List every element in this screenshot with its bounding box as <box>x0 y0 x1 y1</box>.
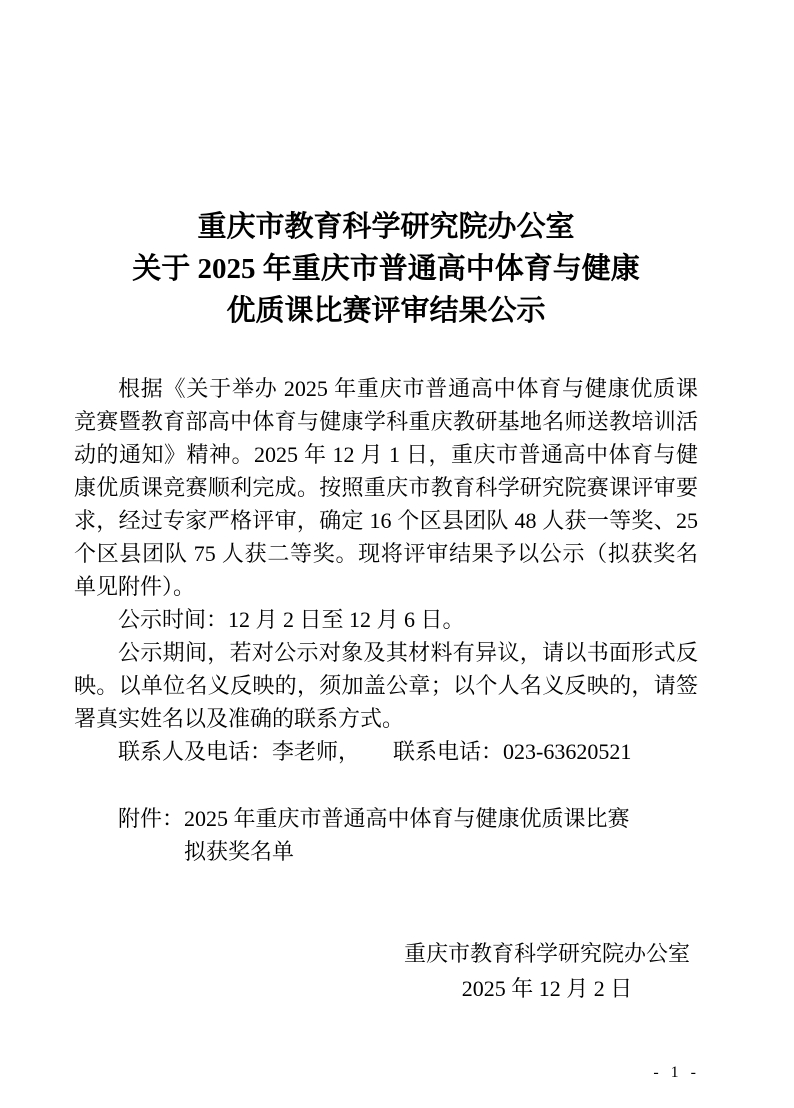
attachment-label: 附件： <box>118 806 184 831</box>
document-page: 重庆市教育科学研究院办公室 关于 2025 年重庆市普通高中体育与健康 优质课比… <box>0 0 794 1108</box>
signature-block: 重庆市教育科学研究院办公室 2025 年 12 月 2 日 <box>404 936 690 1006</box>
doc-title: 重庆市教育科学研究院办公室 关于 2025 年重庆市普通高中体育与健康 优质课比… <box>74 0 698 332</box>
attachment-note: 附件：2025 年重庆市普通高中体育与健康优质课比赛 拟获奖名单 <box>74 802 698 868</box>
signature-date: 2025 年 12 月 2 日 <box>404 971 690 1006</box>
attachment-title: 2025 年重庆市普通高中体育与健康优质课比赛 <box>184 806 630 831</box>
paragraph-publicity-period: 公示时间：12 月 2 日至 12 月 6 日。 <box>74 603 698 636</box>
page-number: - 1 - <box>653 1064 700 1082</box>
attachment-title-line: 附件：2025 年重庆市普通高中体育与健康优质课比赛 <box>74 802 698 835</box>
paragraph-opening: 根据《关于举办 2025 年重庆市普通高中体育与健康优质课竞赛暨教育部高中体育与… <box>74 372 698 603</box>
doc-title-line-2: 关于 2025 年重庆市普通高中体育与健康 <box>74 248 698 290</box>
paragraph-contact: 联系人及电话：李老师， 联系电话：023-63620521 <box>74 735 698 768</box>
doc-title-line-1: 重庆市教育科学研究院办公室 <box>74 206 698 248</box>
doc-title-line-3: 优质课比赛评审结果公示 <box>74 290 698 332</box>
attachment-subtitle-line: 拟获奖名单 <box>74 835 698 868</box>
document-content: 重庆市教育科学研究院办公室 关于 2025 年重庆市普通高中体育与健康 优质课比… <box>0 0 794 1006</box>
paragraph-objection: 公示期间，若对公示对象及其材料有异议，请以书面形式反映。以单位名义反映的，须加盖… <box>74 636 698 735</box>
signature-org: 重庆市教育科学研究院办公室 <box>404 936 690 971</box>
